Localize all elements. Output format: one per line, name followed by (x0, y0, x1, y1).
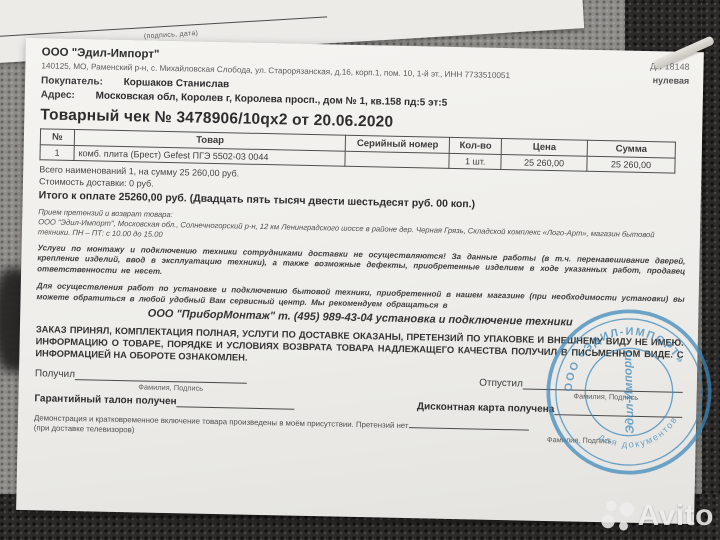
photo-background: (подпись, дата) ООО "Эдил-Импорт" 140125… (0, 0, 720, 540)
received-sign-hint: Фамилия, Подпись (95, 381, 247, 393)
cell-price: 25 260,00 (501, 154, 587, 171)
install-disclaimer: Услуги по монтажу и подключению техники … (37, 243, 686, 289)
discount-label: Дисконтная карта получена (417, 401, 555, 415)
discount-group: Дисконтная карта получена (417, 401, 683, 418)
buyer-name: Коршаков Станислав (124, 77, 230, 90)
released-sign-hint: Фамилия, Подпись (529, 390, 683, 402)
acceptance-statement: ЗАКАЗ ПРИНЯЛ, КОМПЛЕКТАЦИЯ ПОЛНАЯ, УСЛУГ… (35, 323, 684, 373)
col-header-sum: Сумма (587, 140, 675, 158)
col-header-qty: Кол-во (449, 137, 501, 154)
received-label: Получил (35, 368, 75, 380)
buyer-label: Покупатель: (41, 75, 103, 87)
receipt-paper: ООО "Эдил-Импорт" 140125, МО, Раменский … (16, 38, 704, 524)
avito-watermark-text: Avito (638, 499, 714, 533)
avito-watermark: Avito (598, 496, 714, 536)
col-header-num: № (40, 129, 74, 146)
cell-qty: 1 шт. (449, 153, 501, 169)
warranty-group: Гарантийный талон получен (34, 393, 294, 409)
warranty-blank (177, 396, 295, 409)
released-group: Отпустил Фамилия, Подпись (479, 377, 683, 402)
avito-logo-icon (598, 496, 638, 536)
received-group: Получил Фамилия, Подпись (35, 368, 247, 393)
address-label: Адрес: (41, 89, 75, 101)
background-sheet-note: (подпись, дата) (144, 30, 199, 40)
demo-note: (при доставке телевизоров) (34, 423, 135, 435)
cell-sum: 25 260,00 (587, 156, 675, 173)
cell-num: 1 (40, 145, 74, 161)
discount-blank (554, 404, 682, 418)
demo-blank (408, 417, 528, 431)
doc-grade: нулевая (650, 75, 690, 86)
fabric-dark-right-edge (702, 0, 720, 540)
demo-sign-hint: Фамилия, Подпись (547, 435, 612, 446)
warranty-label: Гарантийный талон получен (34, 393, 176, 407)
col-header-price: Цена (501, 138, 587, 156)
released-label: Отпустил (479, 377, 523, 389)
cell-serial (345, 151, 449, 168)
